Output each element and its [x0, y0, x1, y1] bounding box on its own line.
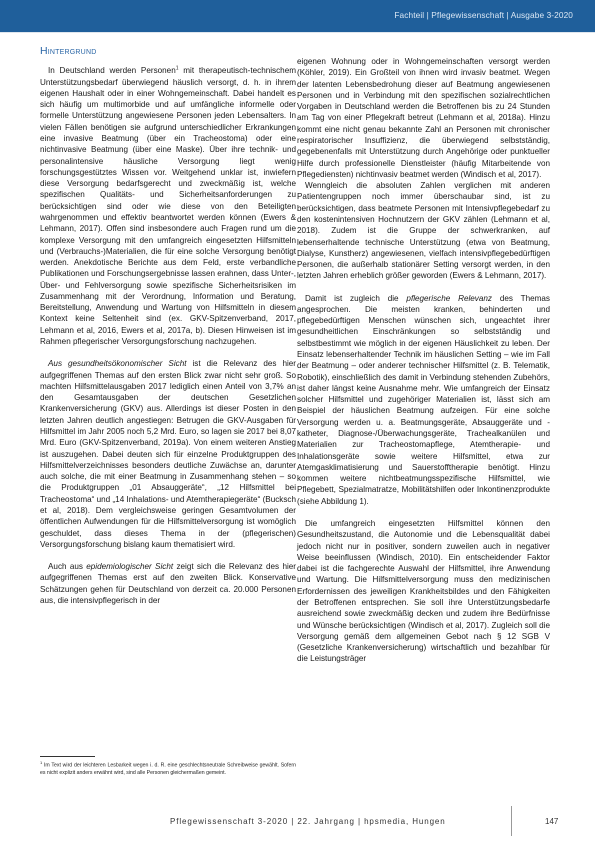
footer-divider [511, 806, 512, 836]
running-header-bar: Fachteil | Pflegewissenschaft | Ausgabe … [0, 0, 595, 33]
footnote-divider [40, 756, 95, 757]
paragraph-text: mit therapeutisch-technischem Unterstütz… [40, 66, 296, 346]
paragraph: Die umfangreich eingesetzten Hilfsmittel… [297, 518, 550, 665]
paragraph: Aus gesundheitsökonomischer Sicht ist di… [32, 358, 296, 550]
section-title: Hintergrund [40, 46, 296, 57]
paragraph: Wenngleich die absoluten Zahlen verglich… [297, 180, 550, 282]
page-number: 147 [545, 817, 558, 826]
paragraph-text: ist die Relevanz des hier aufgegriffenen… [40, 359, 296, 549]
footnote-text: Im Text wird der leichteren Lesbarkeit w… [40, 763, 296, 776]
paragraph: eigenen Wohnung oder in Wohngemeinschaft… [297, 56, 550, 180]
italic-lead: Aus gesundheitsökonomischer Sicht [48, 359, 186, 368]
paragraph: In Deutschland werden Personen1 mit ther… [32, 65, 296, 347]
paragraph-text: des Themas angesprochen. Die meisten kra… [297, 294, 550, 506]
paragraph-text: In Deutschland werden Personen [48, 66, 176, 75]
italic-lead: pflegerische Relevanz [406, 294, 492, 303]
footnote: 1 Im Text wird der leichteren Lesbarkeit… [40, 759, 296, 777]
paragraph: Auch aus epidemiologischer Sicht zeigt s… [32, 561, 296, 606]
footer-citation: Pflegewissenschaft 3-2020 | 22. Jahrgang… [170, 817, 446, 826]
paragraph-text: Damit ist zugleich die [305, 294, 406, 303]
paragraph-text: Auch aus [48, 562, 86, 571]
left-column: Hintergrund In Deutschland werden Person… [32, 46, 296, 606]
italic-lead: epidemiologischer Sicht [86, 562, 173, 571]
paragraph: Damit ist zugleich die pflegerische Rele… [297, 293, 550, 507]
running-header-title: Fachteil | Pflegewissenschaft | Ausgabe … [394, 10, 573, 20]
right-column: eigenen Wohnung oder in Wohngemeinschaft… [297, 56, 550, 665]
